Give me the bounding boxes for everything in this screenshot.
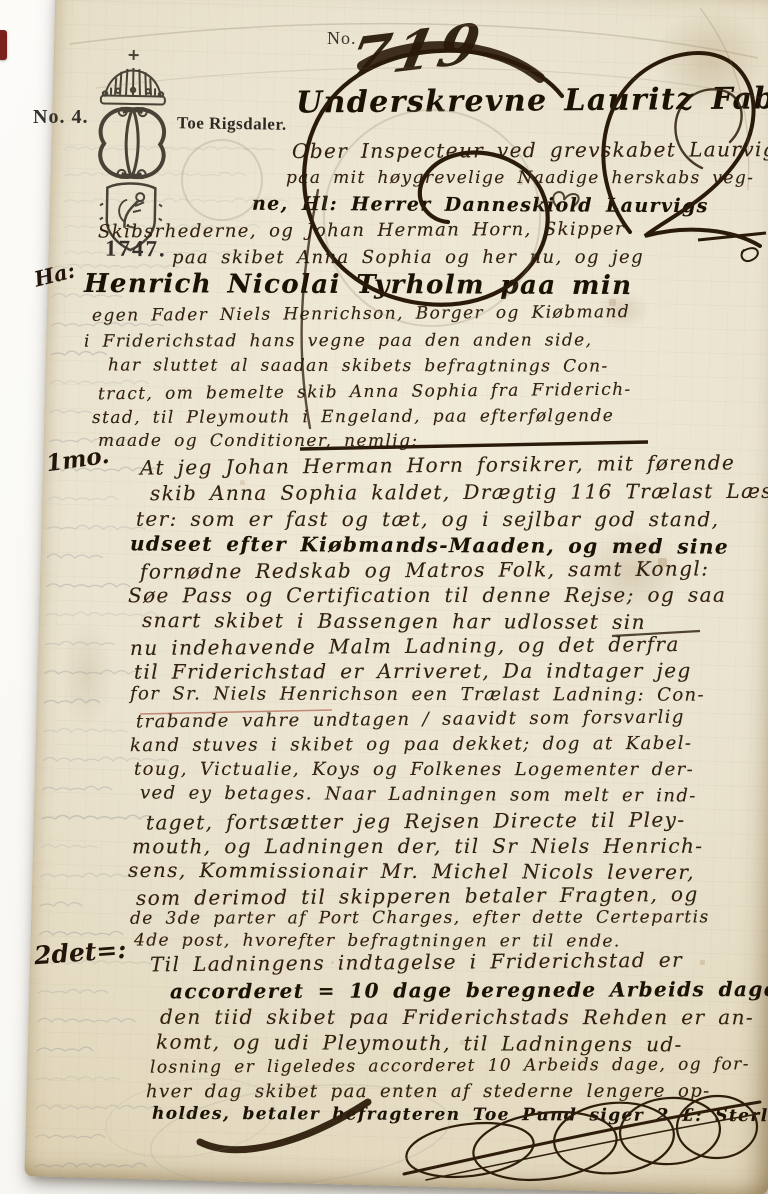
section-marker-2: 2det=: [33,935,127,970]
royal-monogram-icon [100,107,165,178]
initial-flourish [302,46,562,428]
ghost-text-line [38,989,108,993]
manuscript-line: tract, om bemelte skib Anna Sophia fra F… [98,382,632,404]
manuscript-line: nu indehavende Malm Ladning, og det derf… [130,634,680,658]
manuscript-line: losning er ligeledes accorderet 10 Arbei… [150,1056,750,1076]
manuscript-line: At jeg Johan Herman Horn forsikrer, mit … [140,452,735,477]
ink-stain [582,282,662,338]
ghost-text-line [50,380,148,384]
handwritten-document-number: 719 [343,10,489,91]
manuscript-line: stad, til Pleymouth i Engeland, paa efte… [92,408,614,427]
corner-toning [636,0,768,130]
manuscript-line: hver dag skibet paa enten af stederne le… [146,1083,711,1101]
manuscript-line: for Sr. Niels Henrichson een Trælast Lad… [130,685,705,704]
manuscript-line: 4de post, hvorefter befragtningen er til… [134,932,621,950]
ghost-text-line [47,554,103,558]
ghost-text-line [36,1105,162,1109]
manuscript-line: trabande vahre undtagen / saavidt som fo… [136,709,685,732]
stamp-duty-label: Toe Rigsdaler. [177,113,287,135]
manuscript-line: Henrich Nicolai Tyrholm paa min [84,271,633,299]
ghost-text-line [43,757,169,761]
manuscript-line: komt, og udi Pleymouth, til Ladningens u… [156,1032,683,1055]
manuscript-content: No. 4. Toe Rigsdaler. 1747. No. 719 Ha: … [0,0,768,1194]
manuscript-line: skib Anna Sophia kaldet, Drægtig 116 Træ… [150,481,768,504]
manuscript-line: de 3de parter af Port Charges, efter det… [130,909,710,927]
ink-rules [140,233,766,714]
manuscript-line: til Friderichstad er Arriveret, Da indta… [134,660,692,681]
ghost-text-line [41,844,97,848]
foxing-spots [0,0,1,1]
manuscript-line: maade og Conditioner, nemlig: [98,433,419,450]
signature-flourish [200,1095,760,1188]
ghost-text-line [39,931,123,935]
ghost-text-line [48,497,118,501]
manuscript-line: fornødne Redskab og Matros Folk, samt Ko… [140,558,709,581]
ghost-text-line [40,873,138,877]
manuscript-line: sens, Kommissionair Mr. Michel Nicols le… [128,860,695,882]
manuscript-line: som derimod til skipperen betaler Fragte… [136,884,699,908]
ghost-text-line [38,1018,136,1022]
ghost-text-line [42,815,154,819]
stamp-year-label: 1747. [105,236,167,263]
pencil-ghost-ovals [101,1069,455,1194]
ghost-text-line [40,902,82,906]
margin-note: Ha: [32,257,78,291]
manuscript-line: den tiid skibet paa Friderichstads Rehde… [160,1007,754,1027]
manuscript-line: ne, Hl: Herrer Danneskiold Laurvigs [252,195,709,216]
manuscript-line: udseet efter Kiøbmands-Maaden, og med si… [130,533,729,556]
ghost-text-line [46,583,130,587]
manuscript-line: kand stuves i skibet og paa dekket; dog … [130,735,692,755]
ghost-text-line [43,728,127,732]
manuscript-line: i Friderichstad hans vegne paa den anden… [84,332,592,350]
manuscript-line: paa skibet Anna Sophia og her nu, og jeg [172,249,644,267]
section-marker-1: 1mo. [44,442,110,478]
manuscript-line: toug, Victualie, Koys og Folkenes Logeme… [134,761,694,779]
ghost-text-line [45,641,115,645]
revenue-stamp [82,47,182,255]
ghost-text-line [45,670,143,674]
photo-backdrop: No. 4. Toe Rigsdaler. 1747. No. 719 Ha: … [0,0,768,1194]
ghost-text-line [51,351,107,355]
manuscript-line: accorderet = 10 dage beregnede Arbeids d… [170,979,768,1002]
ghost-text-line [37,1047,93,1051]
ghost-text-line [52,293,122,297]
manuscript-line: paa mit høygrevelige Naadige herskabs ve… [286,170,754,187]
stamp-series-label: No. 4. [33,106,88,129]
manuscript-line: holdes, betaler befragteren Toe Pund sig… [152,1106,768,1126]
manuscript-line: Ober Inspecteur ved grevskabet Laurvigen… [292,139,768,161]
manuscript-line: har sluttet al saadan skibets befragtnin… [108,357,609,375]
manuscript-line: Til Ladningens indtagelse i Friderichsta… [150,950,683,975]
manuscript-line: ter: som er fast og tæt, og i sejlbar go… [136,509,719,529]
manuscript-line: taget, fortsætter jeg Rejsen Directe til… [146,809,686,832]
manuscript-line: ved ey betages. Naar Ladningen som melt … [140,784,697,805]
ghost-text-line [35,1163,147,1167]
ghost-text-line [50,410,92,413]
ghost-text-line [49,438,133,442]
crown-icon [101,49,166,104]
ghost-text-line [35,1134,105,1138]
ghost-text-line [46,612,158,616]
ghost-text-line [36,1076,120,1080]
top-right-flourish [553,53,760,261]
embossed-seal-rings [182,110,540,326]
manuscript-line: egen Fader Niels Henrichson, Borger og K… [92,304,630,325]
manuscript-line: Søe Pass og Certification til denne Rejs… [128,585,726,606]
manuscript-line: snart skibet i Bassengen har udlosset si… [142,610,646,632]
ink-stain [556,512,706,632]
ghost-text-line [51,322,163,326]
ghost-text-line [44,699,100,703]
ghost-text-line [47,525,145,529]
ghost-text-line [42,786,112,790]
manuscript-line: mouth, og Ladningen der, til Sr Niels He… [132,836,703,856]
edge-grime [52,600,122,750]
